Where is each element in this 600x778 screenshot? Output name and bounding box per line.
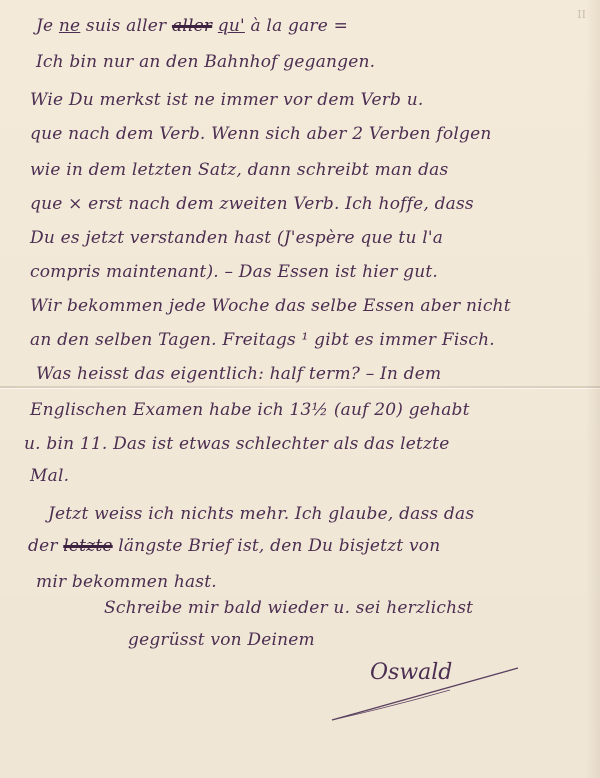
letter-page: II Je ne suis aller aller qu' à la gare …: [0, 0, 600, 778]
text-segment: à la gare =: [245, 16, 348, 36]
struck-out-word: letzte: [63, 536, 112, 556]
page-marker: II: [577, 8, 586, 21]
letter-line-6: que × erst nach dem zweiten Verb. Ich ho…: [30, 194, 474, 214]
signature-flourish-icon: [330, 665, 520, 725]
text-segment: der: [28, 536, 63, 556]
struck-out-word: aller: [172, 16, 212, 36]
letter-line-15: Jetzt weiss ich nichts mehr. Ich glaube,…: [48, 504, 474, 524]
letter-line-13: u. bin 11. Das ist etwas schlechter als …: [24, 434, 449, 454]
letter-line-7: Du es jetzt verstanden hast (J'espère qu…: [30, 228, 443, 248]
letter-line-10: an den selben Tagen. Freitags ¹ gibt es …: [30, 330, 495, 350]
letter-line-17: mir bekommen hast.: [36, 572, 217, 592]
underlined-word: qu': [218, 16, 245, 36]
letter-line-5: wie in dem letzten Satz, dann schreibt m…: [30, 160, 448, 180]
letter-line-8: compris maintenant). – Das Essen ist hie…: [30, 262, 438, 282]
letter-line-4: que nach dem Verb. Wenn sich aber 2 Verb…: [30, 124, 491, 144]
letter-line-3: Wie Du merkst ist ne immer vor dem Verb …: [30, 90, 423, 110]
letter-line-16: der letzte längste Brief ist, den Du bis…: [28, 536, 440, 556]
text-segment: Je: [36, 16, 59, 36]
letter-line-12: Englischen Examen habe ich 13½ (auf 20) …: [30, 400, 470, 420]
letter-line-1: Je ne suis aller aller qu' à la gare =: [36, 16, 348, 36]
letter-line-11: Was heisst das eigentlich: half term? – …: [36, 364, 441, 384]
paper-fold-crease: [0, 386, 600, 388]
closing-line-1: Schreibe mir bald wieder u. sei herzlich…: [104, 598, 473, 618]
letter-line-14: Mal.: [30, 466, 69, 486]
paper-edge-shadow: [586, 0, 600, 778]
letter-line-2: Ich bin nur an den Bahnhof gegangen.: [36, 52, 375, 72]
text-segment: längste Brief ist, den Du bisjetzt von: [113, 536, 441, 556]
closing-line-2: gegrüsst von Deinem: [128, 630, 315, 650]
text-segment: suis aller: [80, 16, 172, 36]
letter-line-9: Wir bekommen jede Woche das selbe Essen …: [30, 296, 511, 316]
underlined-word: ne: [59, 16, 80, 36]
